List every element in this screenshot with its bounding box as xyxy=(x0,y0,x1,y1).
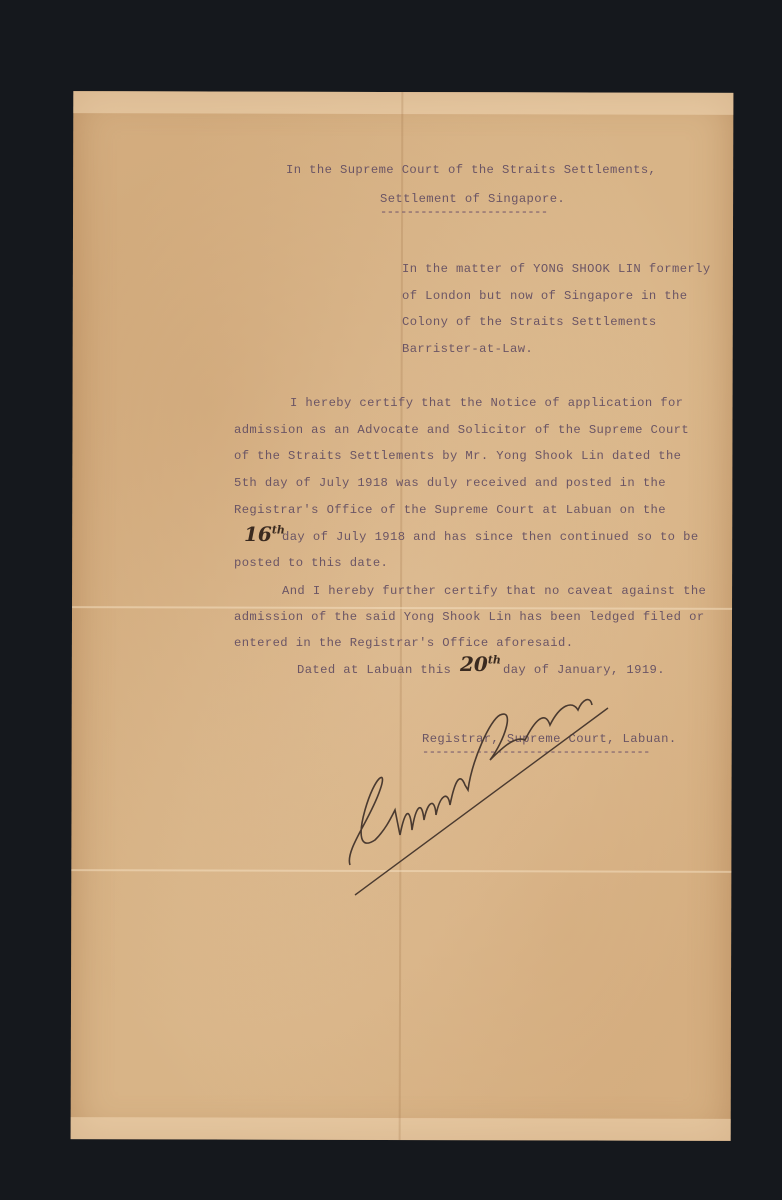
dated-suffix: day of January, 1919. xyxy=(503,663,665,677)
body-line: 5th day of July 1918 was duly received a… xyxy=(234,476,666,490)
matter-line: Colony of the Straits Settlements xyxy=(402,315,657,329)
settlement-heading: Settlement of Singapore. xyxy=(380,192,565,206)
matter-line: of London but now of Singapore in the xyxy=(402,289,687,303)
dated-prefix: Dated at Labuan this xyxy=(297,663,451,677)
body-line: of the Straits Settlements by Mr. Yong S… xyxy=(234,449,681,463)
body-line: Registrar's Office of the Supreme Court … xyxy=(234,503,666,517)
body-line: day of July 1918 and has since then cont… xyxy=(282,530,699,544)
handwritten-date-20th: 20th xyxy=(460,652,501,676)
matter-line: Barrister-at-Law. xyxy=(402,342,533,356)
body-line: posted to this date. xyxy=(234,556,388,570)
court-heading: In the Supreme Court of the Straits Sett… xyxy=(286,163,656,177)
matter-line: In the matter of YONG SHOOK LIN formerly xyxy=(402,262,711,276)
body-line: I hereby certify that the Notice of appl… xyxy=(290,396,683,410)
body-line: admission of the said Yong Shook Lin has… xyxy=(234,610,705,624)
heading-underline: ------------------------- xyxy=(380,205,548,219)
body-line: entered in the Registrar's Office afores… xyxy=(234,636,573,650)
handwritten-signature xyxy=(340,680,620,900)
body-line: admission as an Advocate and Solicitor o… xyxy=(234,423,689,437)
body-line: And I hereby further certify that no cav… xyxy=(282,584,706,598)
handwritten-date-16th: 16th xyxy=(244,522,285,546)
